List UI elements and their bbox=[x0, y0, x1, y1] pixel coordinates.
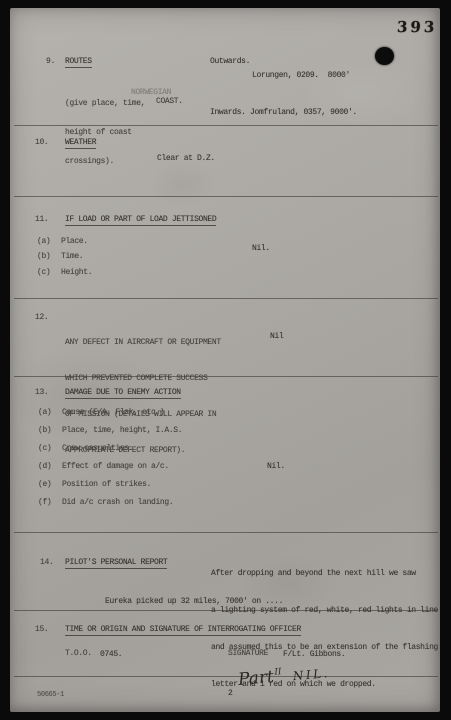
item-text: Height. bbox=[61, 268, 92, 277]
item-label: (c) bbox=[38, 444, 62, 453]
section-15-title: TIME OR ORIGIN AND SIGNATURE OF INTERROG… bbox=[65, 625, 301, 636]
section-15-number: 15. bbox=[35, 625, 48, 634]
section-13-number: 13. bbox=[35, 388, 48, 397]
section-11-answer: Nil. bbox=[252, 244, 270, 253]
section-divider bbox=[14, 196, 438, 197]
too-value: 0745. bbox=[100, 650, 122, 659]
item-label: (d) bbox=[38, 462, 62, 471]
item-label: (a) bbox=[37, 237, 61, 246]
section-9-note-line1: (give place, time, bbox=[65, 99, 145, 109]
section-13-answer: Nil. bbox=[267, 462, 285, 471]
item-label: (f) bbox=[38, 498, 62, 507]
section-12-title-line2: WHICH PREVENTED COMPLETE SUCCESS bbox=[65, 373, 221, 385]
signature-label: SIGNATURE bbox=[228, 649, 268, 658]
damage-item-c: (c)Crew casualties. bbox=[38, 444, 133, 453]
item-text: Place, time, height, I.A.S. bbox=[62, 426, 182, 435]
handwritten-superscript: II bbox=[274, 667, 282, 678]
section-10-title: WEATHER bbox=[65, 138, 96, 149]
damage-item-b: (b)Place, time, height, I.A.S. bbox=[38, 426, 182, 435]
damage-item-a: (a)Cause (E/A. Flak, etc.) bbox=[38, 408, 164, 417]
section-11-title: IF LOAD OR PART OF LOAD JETTISONED bbox=[65, 215, 216, 226]
item-label: (e) bbox=[38, 480, 62, 489]
page-number: 2 bbox=[228, 689, 232, 698]
scanned-page-background: { "page": { "stamp_number": "393", "foot… bbox=[0, 0, 451, 720]
jettison-item-a: (a)Place. bbox=[37, 237, 88, 246]
item-text: Position of strikes. bbox=[62, 480, 151, 489]
section-9-overlay-coast: COAST. bbox=[156, 97, 183, 106]
damage-item-f: (f)Did a/c crash on landing. bbox=[38, 498, 173, 507]
section-13-title: DAMAGE DUE TO ENEMY ACTION bbox=[65, 388, 181, 399]
signature-value: F/Lt. Gibbons. bbox=[283, 650, 345, 659]
item-label: (c) bbox=[37, 268, 61, 277]
handwritten-nil: NIL. bbox=[292, 666, 330, 683]
section-9-note-line3: crossings). bbox=[65, 157, 145, 167]
report-line2: a lighting system of red, white, red lig… bbox=[211, 605, 438, 617]
section-9-outwards-value: Lorungen, 0209. 8000' bbox=[252, 71, 350, 80]
handwritten-part: Part bbox=[237, 667, 274, 690]
section-12-answer: Nil bbox=[270, 332, 283, 341]
section-10-answer: Clear at D.Z. bbox=[157, 154, 215, 163]
report-line1: After dropping and beyond the next hill … bbox=[211, 568, 438, 580]
item-text: Crew casualties. bbox=[62, 444, 133, 453]
too-label: T.O.O. bbox=[65, 649, 92, 658]
section-14-eureka-line: Eureka picked up 32 miles, 7000' on .... bbox=[105, 597, 283, 606]
section-9-inwards-value: Inwards. Jomfruland, 0357, 9000'. bbox=[210, 108, 357, 117]
section-9-title: ROUTES bbox=[65, 57, 92, 68]
section-9-outwards-label: Outwards. bbox=[210, 57, 250, 66]
section-10-number: 10. bbox=[35, 138, 48, 147]
section-9-overlay-norwegian: NORWEGIAN bbox=[131, 88, 171, 97]
document-page: 393 9. ROUTES (give place, time, height … bbox=[10, 8, 440, 712]
page-stamp-number: 393 bbox=[397, 18, 438, 36]
section-divider bbox=[14, 376, 438, 377]
section-9-note-line2: height of coast bbox=[65, 128, 145, 138]
item-text: Effect of damage on a/c. bbox=[62, 462, 169, 471]
item-label: (b) bbox=[37, 252, 61, 261]
item-text: Cause (E/A. Flak, etc.) bbox=[62, 408, 164, 417]
damage-item-e: (e)Position of strikes. bbox=[38, 480, 151, 489]
section-divider bbox=[14, 125, 438, 126]
form-number: 50665-1 bbox=[37, 691, 64, 699]
section-12-title-line1: ANY DEFECT IN AIRCRAFT OR EQUIPMENT bbox=[65, 337, 221, 349]
footer-divider bbox=[14, 676, 438, 677]
item-text: Time. bbox=[61, 252, 83, 261]
punch-hole bbox=[375, 47, 394, 65]
jettison-item-b: (b)Time. bbox=[37, 252, 83, 261]
section-11-number: 11. bbox=[35, 215, 48, 224]
item-text: Place. bbox=[61, 237, 88, 246]
section-divider bbox=[14, 298, 438, 299]
section-14-title: PILOT'S PERSONAL REPORT bbox=[65, 558, 167, 569]
damage-item-d: (d)Effect of damage on a/c. bbox=[38, 462, 169, 471]
item-text: Did a/c crash on landing. bbox=[62, 498, 173, 507]
section-divider bbox=[14, 532, 438, 533]
jettison-item-c: (c)Height. bbox=[37, 268, 92, 277]
section-12-number: 12. bbox=[35, 313, 48, 322]
item-label: (b) bbox=[38, 426, 62, 435]
section-divider bbox=[14, 610, 438, 611]
section-14-number: 14. bbox=[40, 558, 53, 567]
item-label: (a) bbox=[38, 408, 62, 417]
section-9-number: 9. bbox=[46, 57, 55, 66]
